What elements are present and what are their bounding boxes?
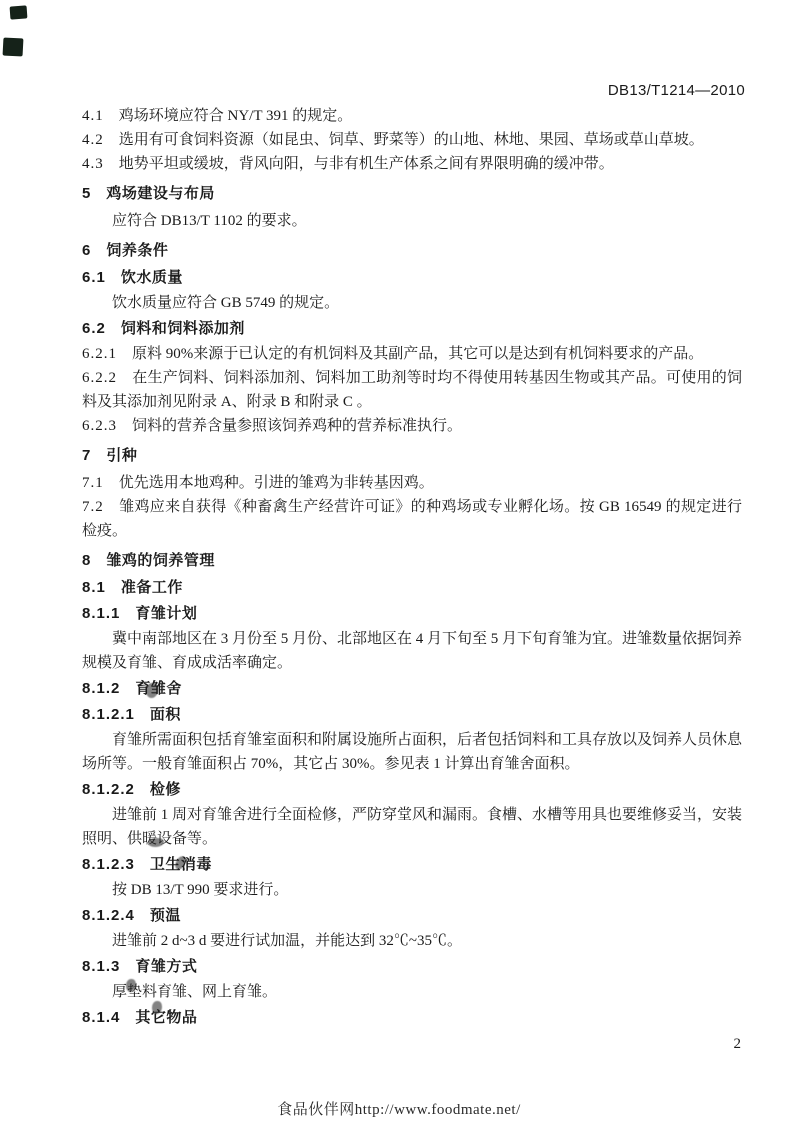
block-text: 饮水质量 [121,269,183,286]
block-number: 8.1.2.2 [82,781,135,798]
block-text: 其它物品 [135,1009,197,1026]
heading-6.2: 6.2饲料和饲料添加剂 [82,317,742,341]
heading-6: 6饲养条件 [82,239,742,263]
block-text: 准备工作 [121,579,183,596]
block-text: 鸡场建设与布局 [106,185,215,202]
block-number: 8.1.4 [82,1009,120,1026]
block-text: 饲料的营养含量参照该饲养鸡种的营养标准执行。 [132,418,462,434]
block-text: 育雏方式 [135,958,197,975]
heading-8.1.1: 8.1.1育雏计划 [82,602,742,626]
scan-artifact-mark [10,5,28,19]
paragraph: 进雏前 1 周对育雏舍进行全面检修，严防穿堂风和漏雨。食槽、水槽等用具也要维修妥… [82,803,742,851]
block-text: 预温 [150,907,181,924]
block-number: 4.1 [82,108,104,124]
block-text: 优先选用本地鸡种。引进的雏鸡为非转基因鸡。 [119,475,434,491]
block-number: 8.1.3 [82,958,120,975]
heading-7: 7引种 [82,444,742,468]
block-number: 6.1 [82,269,106,286]
block-text: 引种 [106,447,137,464]
heading-8: 8雏鸡的饲养管理 [82,549,742,573]
block-text: 原料 90%来源于已认定的有机饲料及其副产品，其它可以是达到有机饲料要求的产品。 [132,346,703,362]
block-number: 8.1.2 [82,680,120,697]
heading-8.1.2: 8.1.2育雏舍 [82,677,742,701]
block-number: 6.2 [82,320,106,337]
block-text: 厚垫料育雏、网上育雏。 [112,984,277,1000]
block-text: 饮水质量应符合 GB 5749 的规定。 [112,295,339,311]
block-number: 8.1.2.1 [82,706,135,723]
block-text: 育雏所需面积包括育雏室面积和附属设施所占面积，后者包括饲料和工具存放以及饲养人员… [82,732,742,772]
page-number: 2 [734,1036,742,1053]
block-text: 面积 [150,706,181,723]
block-number: 4.3 [82,156,104,172]
block-number: 8.1.1 [82,605,120,622]
block-number: 8.1.2.3 [82,856,135,873]
block-number: 5 [82,185,91,202]
block-text: 雏鸡应来自获得《种畜禽生产经营许可证》的种鸡场或专业孵化场。按 GB 16549… [82,499,742,539]
heading-8.1.4: 8.1.4其它物品 [82,1006,742,1030]
paragraph: 冀中南部地区在 3 月份至 5 月份、北部地区在 4 月下旬至 5 月下旬育雏为… [82,627,742,675]
block-number: 8.1.2.4 [82,907,135,924]
block-text: 在生产饲料、饲料添加剂、饲料加工助剂等时均不得使用转基因生物或其产品。可使用的饲… [82,370,742,410]
block-number: 6 [82,242,91,259]
block-number: 7.1 [82,475,104,491]
block-number: 6.2.3 [82,418,117,434]
block-number: 4.2 [82,132,104,148]
paragraph: 饮水质量应符合 GB 5749 的规定。 [82,291,742,315]
block-text: 应符合 DB13/T 1102 的要求。 [112,213,307,229]
clause-4.3: 4.3地势平坦或缓坡，背风向阳，与非有机生产体系之间有界限明确的缓冲带。 [82,152,742,176]
block-text: 鸡场环境应符合 NY/T 391 的规定。 [119,108,352,124]
block-text: 育雏计划 [135,605,197,622]
block-text: 进雏前 2 d~3 d 要进行试加温，并能达到 32℃~35℃。 [112,933,462,949]
block-number: 7 [82,447,91,464]
clause-6.2.1: 6.2.1原料 90%来源于已认定的有机饲料及其副产品，其它可以是达到有机饲料要… [82,342,742,366]
clause-7.1: 7.1优先选用本地鸡种。引进的雏鸡为非转基因鸡。 [82,471,742,495]
block-text: 选用有可食饲料资源（如昆虫、饲草、野菜等）的山地、林地、果园、草场或草山草坡。 [119,132,704,148]
clause-4.1: 4.1鸡场环境应符合 NY/T 391 的规定。 [82,104,742,128]
document-body: 4.1鸡场环境应符合 NY/T 391 的规定。4.2选用有可食饲料资源（如昆虫… [82,104,742,1031]
paragraph: 按 DB 13/T 990 要求进行。 [82,878,742,902]
clause-6.2.3: 6.2.3饲料的营养含量参照该饲养鸡种的营养标准执行。 [82,414,742,438]
heading-8.1.2.1: 8.1.2.1面积 [82,703,742,727]
paragraph: 应符合 DB13/T 1102 的要求。 [82,209,742,233]
block-text: 育雏舍 [135,680,182,697]
heading-6.1: 6.1饮水质量 [82,266,742,290]
standard-number-header: DB13/T1214—2010 [608,82,745,99]
block-number: 8 [82,552,91,569]
block-text: 雏鸡的饲养管理 [106,552,215,569]
paragraph: 厚垫料育雏、网上育雏。 [82,980,742,1004]
block-text: 冀中南部地区在 3 月份至 5 月份、北部地区在 4 月下旬至 5 月下旬育雏为… [82,631,742,671]
block-text: 进雏前 1 周对育雏舍进行全面检修，严防穿堂风和漏雨。食槽、水槽等用具也要维修妥… [82,807,742,847]
heading-8.1.3: 8.1.3育雏方式 [82,955,742,979]
block-number: 6.2.2 [82,370,117,386]
block-text: 地势平坦或缓坡，背风向阳，与非有机生产体系之间有界限明确的缓冲带。 [119,156,614,172]
block-text: 饲料和饲料添加剂 [121,320,245,337]
heading-8.1.2.4: 8.1.2.4预温 [82,904,742,928]
clause-7.2: 7.2雏鸡应来自获得《种畜禽生产经营许可证》的种鸡场或专业孵化场。按 GB 16… [82,495,742,543]
clause-4.2: 4.2选用有可食饲料资源（如昆虫、饲草、野菜等）的山地、林地、果园、草场或草山草… [82,128,742,152]
heading-8.1.2.2: 8.1.2.2检修 [82,778,742,802]
heading-5: 5鸡场建设与布局 [82,182,742,206]
block-number: 8.1 [82,579,106,596]
paragraph: 进雏前 2 d~3 d 要进行试加温，并能达到 32℃~35℃。 [82,929,742,953]
heading-8.1: 8.1准备工作 [82,576,742,600]
scan-artifact-mark [3,37,24,56]
block-text: 按 DB 13/T 990 要求进行。 [112,882,288,898]
footer-watermark: 食品伙伴网http://www.foodmate.net/ [0,1098,798,1119]
block-number: 6.2.1 [82,346,117,362]
block-number: 7.2 [82,499,104,515]
paragraph: 育雏所需面积包括育雏室面积和附属设施所占面积，后者包括饲料和工具存放以及饲养人员… [82,728,742,776]
block-text: 检修 [150,781,181,798]
document-page: DB13/T1214—2010 4.1鸡场环境应符合 NY/T 391 的规定。… [0,0,798,1122]
clause-6.2.2: 6.2.2在生产饲料、饲料添加剂、饲料加工助剂等时均不得使用转基因生物或其产品。… [82,366,742,414]
block-text: 饲养条件 [106,242,168,259]
